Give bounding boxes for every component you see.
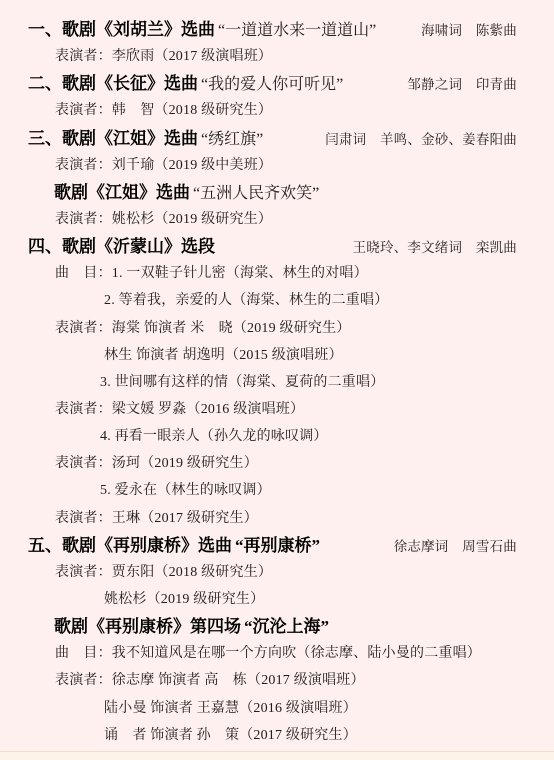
- lyricist-composer-credit: 海啸词 陈紫曲: [421, 17, 517, 44]
- section-5-subheading: 歌剧《再别康桥》第四场“沉沦上海”: [0, 613, 554, 640]
- lyricist-composer-credit: 闫肃词 羊鸣、金砂、姜春阳曲: [325, 126, 517, 153]
- section-number: 五、: [28, 536, 62, 555]
- section-title: 歌剧《沂蒙山》选段: [62, 237, 215, 256]
- performer-line: 表演者：刘千瑜（2019 级中美班）: [0, 152, 554, 179]
- song-title-quote: “绣红旗”: [201, 131, 263, 148]
- performer-line: 表演者：王琳（2017 级研究生）: [0, 505, 554, 532]
- section-2-heading: 二、歌剧《长征》选曲“我的爱人你可听见” 邹静之词 印青曲: [0, 70, 554, 97]
- page-bottom-edge: [0, 751, 554, 760]
- section-2-title-group: 二、歌剧《长征》选曲“我的爱人你可听见”: [28, 70, 343, 98]
- repertoire-item: 5. 爱永在（林生的咏叹调）: [0, 477, 554, 504]
- repertoire-item: 4. 再看一眼亲人（孙久龙的咏叹调）: [0, 423, 554, 450]
- lyricist-composer-credit: 徐志摩词 周雪石曲: [394, 533, 517, 560]
- section-number: 二、: [28, 74, 62, 93]
- section-5-heading: 五、歌剧《再别康桥》选曲“再别康桥” 徐志摩词 周雪石曲: [0, 532, 554, 559]
- performer-line: 林生 饰演者 胡逸明（2015 级演唱班）: [0, 342, 554, 369]
- section-title: 歌剧《江姐》选曲: [62, 129, 198, 148]
- performer-line: 表演者：李欣雨（2017 级演唱班）: [0, 43, 554, 70]
- performer-line: 表演者：梁文媛 罗淼（2016 级演唱班）: [0, 396, 554, 423]
- song-title-quote: “我的爱人你可听见”: [201, 76, 343, 93]
- section-number: 一、: [28, 20, 62, 39]
- song-title-quote: “再别康桥”: [235, 536, 320, 555]
- repertoire-line: 曲 目：我不知道风是在哪一个方向吹（徐志摩、陆小曼的二重唱）: [0, 640, 554, 667]
- song-title-quote: “一道道水来一道道山”: [218, 22, 376, 39]
- performer-line: 表演者：贾东阳（2018 级研究生）: [0, 559, 554, 586]
- section-subtitle: 歌剧《再别康桥》第四场: [54, 617, 241, 636]
- section-title: 歌剧《刘胡兰》选曲: [62, 20, 215, 39]
- song-title-quote: “沉沦上海”: [244, 617, 329, 636]
- section-5-title-group: 五、歌剧《再别康桥》选曲“再别康桥”: [28, 532, 320, 560]
- lyricist-composer-credit: 邹静之词 印青曲: [407, 71, 517, 98]
- section-title: 歌剧《再别康桥》选曲: [62, 536, 232, 555]
- performer-line: 表演者：姚松杉（2019 级研究生）: [0, 206, 554, 233]
- performer-line: 陆小曼 饰演者 王嘉慧（2016 级演唱班）: [0, 695, 554, 722]
- section-3-subheading: 歌剧《江姐》选曲“五洲人民齐欢笑”: [0, 179, 554, 206]
- section-1-heading: 一、歌剧《刘胡兰》选曲“一道道水来一道道山” 海啸词 陈紫曲: [0, 16, 554, 43]
- performer-line: 姚松杉（2019 级研究生）: [0, 586, 554, 613]
- performer-line: 表演者：韩 智（2018 级研究生）: [0, 97, 554, 124]
- repertoire-line: 曲 目：1. 一双鞋子针儿密（海棠、林生的对唱）: [0, 260, 554, 287]
- section-number: 三、: [28, 129, 62, 148]
- lyricist-composer-credit: 王晓玲、李文绪词 栾凯曲: [353, 234, 517, 261]
- performer-line: 诵 者 饰演者 孙 策（2017 级研究生）: [0, 722, 554, 749]
- section-4-title-group: 四、歌剧《沂蒙山》选段: [28, 233, 215, 261]
- program-content: 一、歌剧《刘胡兰》选曲“一道道水来一道道山” 海啸词 陈紫曲 表演者：李欣雨（2…: [0, 0, 554, 749]
- section-4-heading: 四、歌剧《沂蒙山》选段 王晓玲、李文绪词 栾凯曲: [0, 233, 554, 260]
- section-title: 歌剧《长征》选曲: [62, 74, 198, 93]
- performer-line: 表演者：徐志摩 饰演者 高 栋（2017 级演唱班）: [0, 667, 554, 694]
- section-3-title-group: 三、歌剧《江姐》选曲“绣红旗”: [28, 125, 263, 153]
- section-3-heading: 三、歌剧《江姐》选曲“绣红旗” 闫肃词 羊鸣、金砂、姜春阳曲: [0, 125, 554, 152]
- section-1-title-group: 一、歌剧《刘胡兰》选曲“一道道水来一道道山”: [28, 16, 376, 44]
- section-subtitle: 歌剧《江姐》选曲: [54, 183, 190, 202]
- repertoire-item: 2. 等着我，亲爱的人（海棠、林生的二重唱）: [0, 287, 554, 314]
- performer-line: 表演者：汤珂（2019 级研究生）: [0, 450, 554, 477]
- program-page: 一、歌剧《刘胡兰》选曲“一道道水来一道道山” 海啸词 陈紫曲 表演者：李欣雨（2…: [0, 0, 554, 760]
- section-number: 四、: [28, 237, 62, 256]
- song-title-quote: “五洲人民齐欢笑”: [193, 185, 319, 202]
- performer-line: 表演者：海棠 饰演者 米 晓（2019 级研究生）: [0, 315, 554, 342]
- repertoire-item: 3. 世间哪有这样的情（海棠、夏荷的二重唱）: [0, 369, 554, 396]
